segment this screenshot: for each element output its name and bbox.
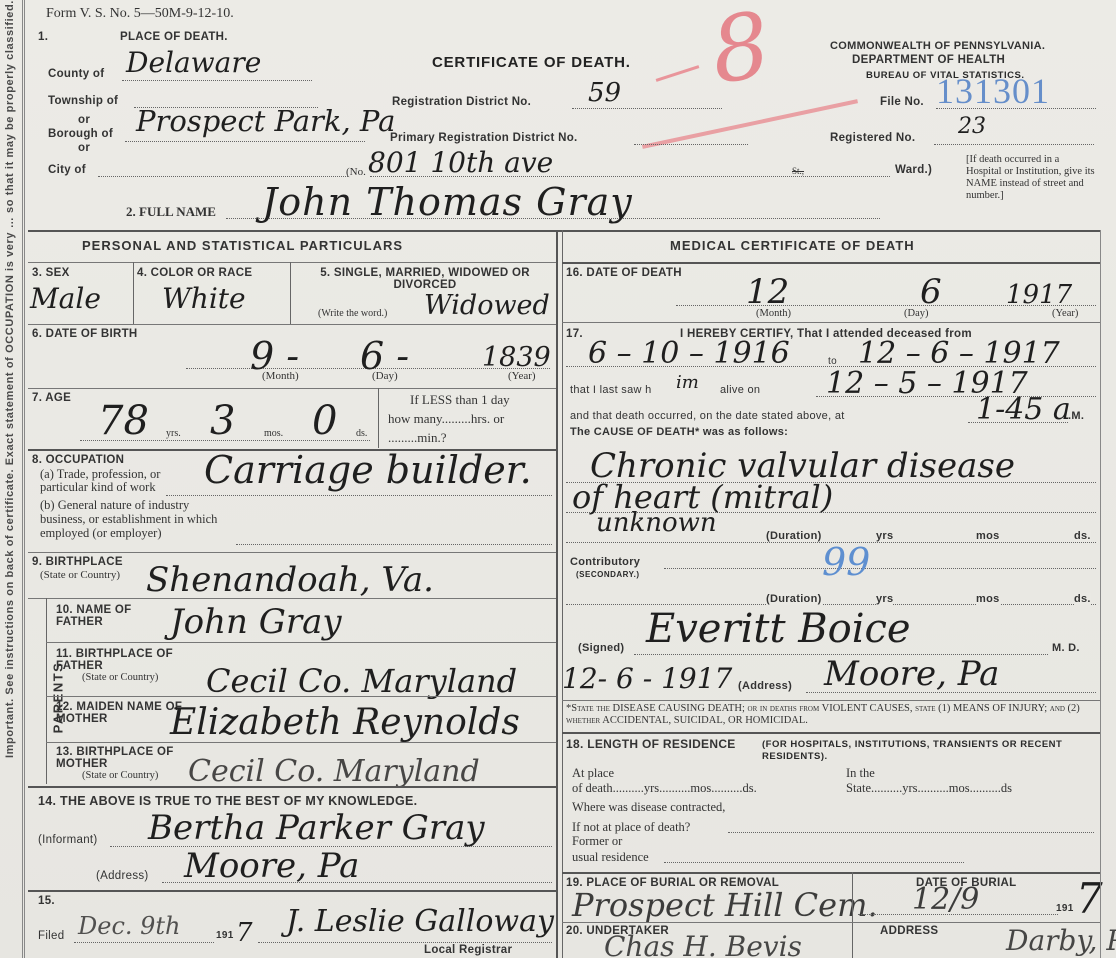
marital-hint: (Write the word.): [318, 308, 387, 319]
informant-label: (Informant): [38, 834, 98, 846]
street-no-label: (No.: [346, 166, 366, 178]
duration-ds-2: ds.: [1074, 593, 1091, 605]
birthplace-hint: (State or Country): [40, 569, 120, 581]
secondary-label: (SECONDARY.): [576, 570, 639, 579]
less-than-day-note-3: .........min.?: [388, 430, 447, 446]
at-place-label: At place: [572, 766, 614, 781]
duration-yrs-2: yrs: [876, 593, 893, 605]
section-15-number: 15.: [38, 895, 55, 907]
filed-year-prefix: 191: [216, 930, 234, 941]
less-than-day-note-1: If LESS than 1 day: [410, 392, 510, 408]
informant-heading: 14. THE ABOVE IS TRUE TO THE BEST OF MY …: [38, 794, 417, 808]
burial-year-value[interactable]: 7: [1076, 874, 1103, 923]
where-contracted-label: Where was disease contracted,: [572, 800, 725, 815]
section-17-number: 17.: [566, 328, 583, 340]
informant-address-label: (Address): [96, 870, 149, 882]
sex-label: 3. SEX: [32, 267, 70, 279]
death-time-value[interactable]: 1-45 a: [976, 392, 1071, 427]
date-of-birth-label: 6. DATE OF BIRTH: [32, 328, 138, 340]
of-death-line: of death..........yrs..........mos......…: [572, 781, 757, 796]
duration-yrs-1: yrs: [876, 530, 893, 542]
county-value[interactable]: Delaware: [126, 46, 261, 79]
full-name-value[interactable]: John Thomas Gray: [262, 180, 633, 224]
dod-year-caption: (Year): [1052, 308, 1078, 319]
signed-date-value[interactable]: 12- 6 - 1917: [562, 662, 732, 695]
usual-residence-label: usual residence: [572, 850, 649, 865]
signature-address-label: (Address): [738, 680, 792, 692]
if-not-place-label: If not at place of death?: [572, 820, 690, 835]
informant-value[interactable]: Bertha Parker Gray: [148, 808, 485, 848]
dod-day-caption: (Day): [904, 308, 929, 319]
form-number: Form V. S. No. 5—50M-9-12-10.: [46, 6, 234, 22]
last-saw-pronoun[interactable]: im: [676, 372, 699, 393]
local-registrar-label: Local Registrar: [424, 944, 512, 956]
department-heading: DEPARTMENT OF HEALTH: [852, 54, 1005, 66]
mother-birthplace-hint: (State or Country): [82, 770, 158, 781]
section-1-number: 1.: [38, 31, 48, 43]
attended-from-value[interactable]: 6 – 10 – 1916: [588, 336, 790, 371]
or-label-1: or: [78, 114, 90, 126]
mother-birthplace-label: 13. BIRTHPLACE OF MOTHER: [56, 746, 196, 770]
duration-mos-1: mos: [976, 530, 1000, 542]
marital-status-label: 5. SINGLE, MARRIED, WIDOWED OR DIVORCED: [294, 267, 556, 291]
contributory-label: Contributory: [570, 556, 640, 568]
physician-signature[interactable]: Everitt Boice: [646, 606, 911, 652]
city-label: City of: [48, 164, 86, 176]
occupation-label: 8. OCCUPATION: [32, 454, 124, 466]
age-months[interactable]: 3: [210, 398, 235, 444]
commonwealth-heading: COMMONWEALTH OF PENNSYLVANIA.: [830, 40, 1045, 52]
former-label: Former or: [572, 834, 622, 849]
duration-mos-2: mos: [976, 593, 1000, 605]
occupation-a-label: (a) Trade, profession, or particular kin…: [40, 468, 208, 494]
registration-district-label: Registration District No.: [392, 96, 531, 108]
dob-year-caption: (Year): [508, 370, 536, 382]
undertaker-value[interactable]: Chas H. Bevis: [604, 930, 802, 958]
filed-label: Filed: [38, 930, 64, 942]
street-st-label: St.,: [792, 166, 804, 176]
father-birthplace-label: 11. BIRTHPLACE OF FATHER: [56, 648, 196, 672]
age-days[interactable]: 0: [312, 398, 337, 444]
red-pencil-stroke: [642, 99, 858, 149]
undertaker-address-label: ADDRESS: [880, 925, 938, 937]
red-dash-mark: [656, 65, 700, 82]
father-name-label: 10. NAME OF FATHER: [56, 604, 166, 628]
occupation-value[interactable]: Carriage builder.: [204, 448, 532, 492]
burial-year-prefix: 191: [1056, 903, 1074, 914]
margin-instructions: Important. See instructions on back of c…: [2, 0, 18, 958]
borough-label: Borough of: [48, 128, 113, 140]
cause-of-death-label: The CAUSE OF DEATH* was as follows:: [570, 426, 788, 438]
file-no-label: File No.: [880, 96, 924, 108]
burial-place-value[interactable]: Prospect Hill Cem.: [572, 886, 878, 924]
burial-date-value[interactable]: 12/9: [912, 882, 979, 917]
date-of-death-label: 16. DATE OF DEATH: [566, 267, 682, 279]
age-ds-label: ds.: [356, 428, 367, 439]
hospital-note: [If death occurred in a Hospital or Inst…: [966, 154, 1096, 202]
alive-on-label: alive on: [720, 384, 760, 396]
borough-value[interactable]: Prospect Park, Pa: [136, 104, 395, 138]
dod-day[interactable]: 6: [920, 272, 942, 312]
local-registrar-signature[interactable]: J. Leslie Galloway: [286, 904, 554, 939]
dod-year[interactable]: 1917: [1006, 280, 1072, 310]
birthplace-value[interactable]: Shenandoah, Va.: [146, 560, 434, 600]
father-birthplace-hint: (State or Country): [82, 672, 158, 683]
dod-month-caption: (Month): [756, 308, 791, 319]
age-label: 7. AGE: [32, 392, 71, 404]
place-of-death-heading: PLACE OF DEATH.: [120, 31, 228, 43]
age-yrs-label: yrs.: [166, 428, 181, 439]
cause-footnote: *State the DISEASE CAUSING DEATH; or in …: [566, 703, 1096, 727]
signature-address-value[interactable]: Moore, Pa: [824, 654, 999, 694]
duration-label-1: (Duration): [766, 530, 822, 542]
marital-status-value[interactable]: Widowed: [424, 290, 550, 321]
registered-no-label: Registered No.: [830, 132, 915, 144]
street-address-value[interactable]: 801 10th ave: [368, 146, 553, 179]
sex-value[interactable]: Male: [30, 282, 101, 315]
dob-day-caption: (Day): [372, 370, 398, 382]
dod-month[interactable]: 12: [746, 272, 789, 312]
registered-no-value[interactable]: 23: [958, 114, 986, 139]
md-label: M. D.: [1052, 642, 1080, 654]
file-number-stamp: 131301: [936, 70, 1050, 112]
dob-year[interactable]: 1839: [482, 342, 551, 373]
father-birthplace-value[interactable]: Cecil Co. Maryland: [206, 662, 517, 700]
registration-district-value[interactable]: 59: [588, 78, 621, 108]
duration-ds-1: ds.: [1074, 530, 1091, 542]
informant-address-value[interactable]: Moore, Pa: [184, 846, 359, 886]
age-mos-label: mos.: [264, 428, 283, 439]
death-certificate: Important. See instructions on back of c…: [0, 0, 1116, 958]
race-label: 4. COLOR OR RACE: [137, 267, 252, 279]
last-saw-label: that I last saw h: [570, 384, 652, 396]
race-value[interactable]: White: [162, 282, 246, 315]
birthplace-label: 9. BIRTHPLACE: [32, 556, 123, 568]
or-label-2: or: [78, 142, 90, 154]
father-name-value[interactable]: John Gray: [170, 602, 342, 642]
primary-registration-label: Primary Registration District No.: [390, 132, 578, 144]
county-label: County of: [48, 68, 104, 80]
signed-label: (Signed): [578, 642, 624, 654]
medical-certificate-heading: MEDICAL CERTIFICATE OF DEATH: [670, 238, 915, 253]
certificate-title: CERTIFICATE OF DEATH.: [432, 54, 631, 71]
filed-year-value[interactable]: 7: [236, 918, 253, 948]
death-time-label: and that death occurred, on the date sta…: [570, 410, 845, 422]
filed-date-value[interactable]: Dec. 9th: [78, 912, 181, 940]
margin-rule: [22, 0, 25, 958]
red-pencil-mark: 8: [705, 0, 776, 104]
mother-maiden-name-value[interactable]: Elizabeth Reynolds: [170, 702, 520, 743]
state-residence-line: State..........yrs..........mos.........…: [846, 781, 1012, 796]
ward-label: Ward.): [895, 164, 932, 176]
duration-label-2: (Duration): [766, 593, 822, 605]
blue-code-mark: 99: [822, 540, 870, 584]
full-name-label: 2. FULL NAME: [126, 204, 216, 220]
in-the-label: In the: [846, 766, 875, 781]
residence-label: 18. LENGTH OF RESIDENCE: [566, 737, 736, 751]
residence-hint: (FOR HOSPITALS, INSTITUTIONS, TRANSIENTS…: [762, 739, 1096, 763]
personal-particulars-heading: PERSONAL AND STATISTICAL PARTICULARS: [82, 238, 403, 253]
occupation-b-label: (b) General nature of industry business,…: [40, 498, 236, 540]
dob-month-caption: (Month): [262, 370, 299, 382]
township-label: Township of: [48, 95, 118, 107]
less-than-day-note-2: how many.........hrs. or: [388, 411, 504, 427]
cause-line-3[interactable]: unknown: [596, 508, 717, 538]
mother-birthplace-value[interactable]: Cecil Co. Maryland: [188, 754, 480, 789]
am-pm-label: .M.: [1068, 410, 1084, 422]
age-years[interactable]: 78: [98, 398, 149, 444]
